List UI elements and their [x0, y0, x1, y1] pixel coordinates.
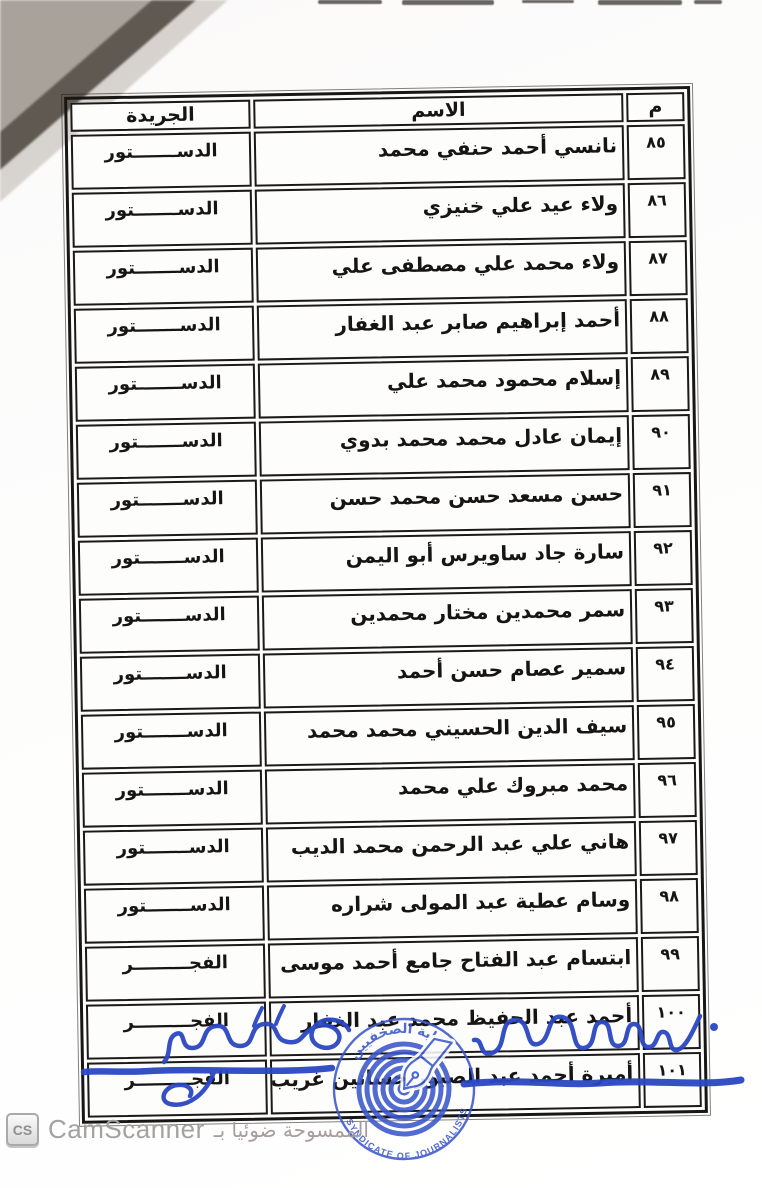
header-name: الاسم: [253, 93, 623, 128]
row-number: ٩٣: [635, 588, 694, 644]
row-name: ولاء محمد علي مصطفى علي: [256, 241, 627, 302]
camscanner-logo-icon: CS: [6, 1113, 39, 1146]
table-row: ٩٤سمير عصام حسن أحمدالدســـــــتور: [80, 646, 695, 712]
header-newspaper: الجريدة: [70, 100, 250, 132]
row-name: أحمد إبراهيم صابر عبد الغفار: [257, 299, 628, 360]
row-number: ٩٦: [638, 762, 697, 818]
camscanner-watermark: CS CamScanner الممسوحة ضوئيا بـ: [6, 1113, 369, 1146]
table-row: ٩١حسن مسعد حسن محمد حسنالدســـــــتور: [77, 472, 692, 538]
row-newspaper: الدســـــــتور: [84, 886, 265, 944]
table-row: ١٠١أميرة أحمد عبد الصبور حسانين غريبالفج…: [87, 1052, 702, 1118]
row-number: ٨٦: [628, 182, 687, 238]
row-name: أميرة أحمد عبد الصبور حسانين غريب: [270, 1053, 641, 1114]
table-row: ٩٨وسام عطية عبد المولى شرارهالدســـــــت…: [84, 878, 699, 944]
camscanner-brand-text: CamScanner: [48, 1114, 205, 1145]
table-row: ٩٧هاني علي عبد الرحمن محمد الديبالدســــ…: [83, 820, 698, 886]
row-newspaper: الدســـــــتور: [74, 306, 255, 364]
row-name: ولاء عيد علي خنيزي: [255, 183, 626, 244]
row-number: ٨٧: [629, 240, 688, 296]
row-name: ابتسام عبد الفتاح جامع أحمد موسى: [268, 937, 639, 998]
table-row: ٨٩إسلام محمود محمد عليالدســـــــتور: [75, 356, 690, 422]
table-row: ٨٥نانسي أحمد حنفي محمدالدســـــــتور: [71, 124, 686, 190]
table-row: ٨٨أحمد إبراهيم صابر عبد الغفارالدســــــ…: [74, 298, 689, 364]
row-name: سمر محمدين مختار محمدين: [262, 589, 633, 650]
table-row: ٩٣سمر محمدين مختار محمدينالدســـــــتور: [79, 588, 694, 654]
scan-edge-smudge: [318, 0, 382, 4]
row-number: ٩٢: [634, 530, 693, 586]
row-newspaper: الدســـــــتور: [73, 248, 254, 306]
row-newspaper: الدســـــــتور: [71, 132, 252, 190]
row-number: ٨٥: [627, 124, 686, 180]
row-newspaper: الدســـــــتور: [75, 364, 256, 422]
row-number: ٨٩: [631, 356, 690, 412]
row-name: هاني علي عبد الرحمن محمد الديب: [266, 821, 637, 882]
journalists-table: م الاسم الجريدة ٨٥نانسي أحمد حنفي محمدال…: [64, 86, 708, 1124]
scan-edge-smudge: [598, 0, 682, 5]
row-name: حسن مسعد حسن محمد حسن: [260, 473, 631, 534]
table-row: ٩٦محمد مبروك علي محمدالدســـــــتور: [82, 762, 697, 828]
row-number: ٩١: [633, 472, 692, 528]
table-row: ١٠٠أحمد عبد الحفيظ محمد عبد الغفارالفجــ…: [86, 994, 701, 1060]
row-name: محمد مبروك علي محمد: [265, 763, 636, 824]
row-newspaper: الفجـــــــــر: [87, 1060, 268, 1118]
row-number: ٩٧: [639, 820, 698, 876]
row-name: أحمد عبد الحفيظ محمد عبد الغفار: [269, 995, 640, 1056]
row-number: ٩٨: [640, 878, 699, 934]
row-newspaper: الدســـــــتور: [80, 654, 261, 712]
row-number: ٨٨: [630, 298, 689, 354]
row-name: سارة جاد ساويرس أبو اليمن: [261, 531, 632, 592]
table-row: ٩٢سارة جاد ساويرس أبو اليمنالدســـــــتو…: [78, 530, 693, 596]
row-name: سمير عصام حسن أحمد: [263, 647, 634, 708]
row-newspaper: الدســـــــتور: [72, 190, 253, 248]
row-newspaper: الدســـــــتور: [82, 770, 263, 828]
row-name: وسام عطية عبد المولى شراره: [267, 879, 638, 940]
row-name: إسلام محمود محمد علي: [258, 357, 629, 418]
row-newspaper: الدســـــــتور: [76, 422, 257, 480]
scan-edge-smudge: [694, 0, 722, 4]
row-newspaper: الدســـــــتور: [77, 480, 258, 538]
row-name: إيمان عادل محمد محمد بدوي: [259, 415, 630, 476]
row-number: ٩٥: [637, 704, 696, 760]
scan-edge-smudge: [522, 0, 574, 3]
row-newspaper: الدســـــــتور: [78, 538, 259, 596]
row-newspaper: الفجـــــــــر: [85, 944, 266, 1002]
row-newspaper: الفجـــــــــر: [86, 1002, 267, 1060]
row-newspaper: الدســـــــتور: [79, 596, 260, 654]
row-number: ١٠١: [643, 1052, 702, 1108]
row-number: ٩٩: [641, 936, 700, 992]
table-row: ٩٩ابتسام عبد الفتاح جامع أحمد موسىالفجــ…: [85, 936, 700, 1002]
table-row: ٨٧ولاء محمد علي مصطفى عليالدســـــــتور: [73, 240, 688, 306]
table-row: ٨٦ولاء عيد علي خنيزيالدســـــــتور: [72, 182, 687, 248]
table-body: ٨٥نانسي أحمد حنفي محمدالدســـــــتور٨٦ول…: [71, 124, 702, 1118]
table-row: ٩٠إيمان عادل محمد محمد بدويالدســـــــتو…: [76, 414, 691, 480]
row-name: سيف الدين الحسيني محمد محمد: [264, 705, 635, 766]
row-number: ١٠٠: [642, 994, 701, 1050]
scanned-document-page: م الاسم الجريدة ٨٥نانسي أحمد حنفي محمدال…: [0, 0, 762, 1188]
camscanner-arabic-label: الممسوحة ضوئيا بـ: [214, 1118, 369, 1142]
row-name: نانسي أحمد حنفي محمد: [254, 125, 625, 186]
row-newspaper: الدســـــــتور: [83, 828, 264, 886]
journalists-table-wrap: م الاسم الجريدة ٨٥نانسي أحمد حنفي محمدال…: [64, 86, 708, 1124]
row-number: ٩٤: [636, 646, 695, 702]
header-number: م: [626, 92, 684, 122]
scan-edge-smudge: [402, 0, 494, 5]
table-row: ٩٥سيف الدين الحسيني محمد محمدالدســـــــ…: [81, 704, 696, 770]
row-number: ٩٠: [632, 414, 691, 470]
row-newspaper: الدســـــــتور: [81, 712, 262, 770]
